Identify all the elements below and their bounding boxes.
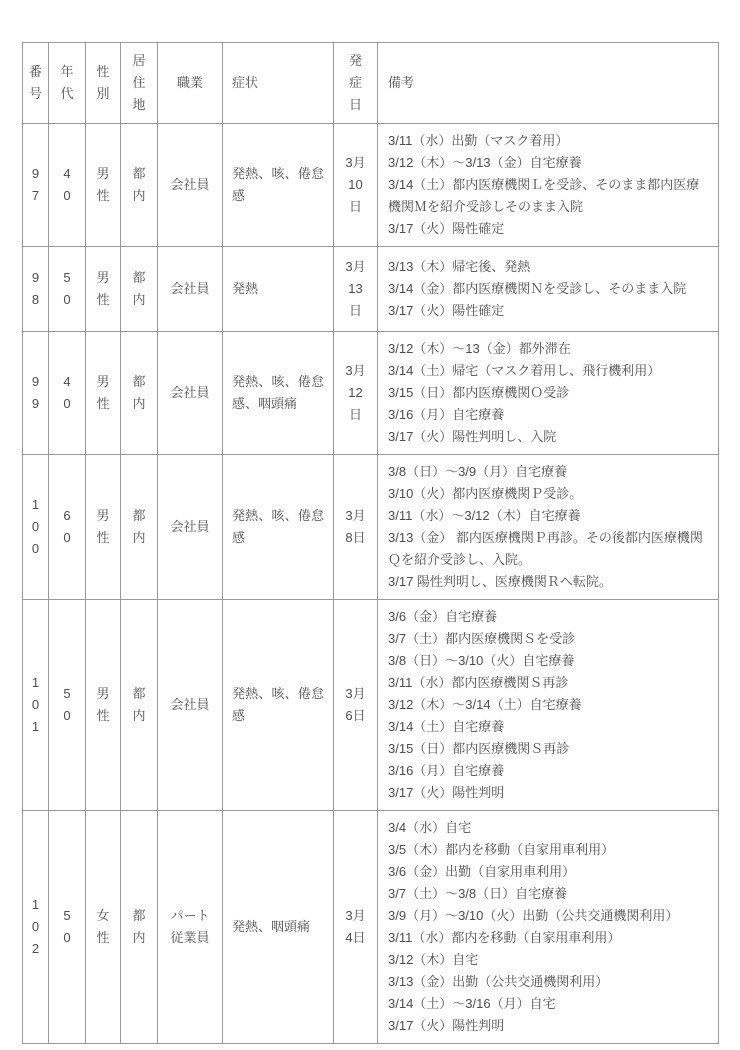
cell-gender: 男性	[86, 247, 121, 332]
cell-age: 40	[49, 124, 86, 247]
cell-onset-date: 3月12日	[334, 332, 378, 455]
cell-remarks: 3/13（木）帰宅後、発熱 3/14（金）都内医療機関Ｎを受診し、そのまま入院 …	[378, 247, 719, 332]
cell-age: 50	[49, 247, 86, 332]
cell-age: 40	[49, 332, 86, 455]
table-row: 102 50 女性 都内 パート従業員 発熱、咽頭痛 3月4日 3/4（水）自宅…	[23, 811, 719, 1044]
table-row: 98 50 男性 都内 会社員 発熱 3月13日 3/13（木）帰宅後、発熱 3…	[23, 247, 719, 332]
cell-residence: 都内	[121, 124, 158, 247]
table-row: 100 60 男性 都内 会社員 発熱、咳、倦怠感 3月8日 3/8（日）～3/…	[23, 455, 719, 600]
cell-number: 100	[23, 455, 49, 600]
cell-remarks: 3/8（日）～3/9（月）自宅療養 3/10（火）都内医療機関Ｐ受診。 3/11…	[378, 455, 719, 600]
cell-residence: 都内	[121, 332, 158, 455]
table-row: 99 40 男性 都内 会社員 発熱、咳、倦怠感、咽頭痛 3月12日 3/12（…	[23, 332, 719, 455]
cell-gender: 男性	[86, 124, 121, 247]
cell-symptoms: 発熱、咽頭痛	[223, 811, 334, 1044]
cell-onset-date: 3月10日	[334, 124, 378, 247]
col-header-gender: 性別	[86, 43, 121, 124]
cell-gender: 女性	[86, 811, 121, 1044]
cell-number: 102	[23, 811, 49, 1044]
col-header-age: 年代	[49, 43, 86, 124]
col-header-remarks: 備考	[378, 43, 719, 124]
table-row: 97 40 男性 都内 会社員 発熱、咳、倦怠感 3月10日 3/11（水）出勤…	[23, 124, 719, 247]
col-header-number: 番号	[23, 43, 49, 124]
header-row: 番号 年代 性別 居住地 職業 症状 発症日 備考	[23, 43, 719, 124]
cell-occupation: パート従業員	[158, 811, 223, 1044]
cell-symptoms: 発熱、咳、倦怠感	[223, 600, 334, 811]
cell-onset-date: 3月4日	[334, 811, 378, 1044]
cell-symptoms: 発熱、咳、倦怠感	[223, 455, 334, 600]
cell-gender: 男性	[86, 332, 121, 455]
cell-residence: 都内	[121, 811, 158, 1044]
cell-onset-date: 3月6日	[334, 600, 378, 811]
col-header-occupation: 職業	[158, 43, 223, 124]
cell-age: 60	[49, 455, 86, 600]
cell-occupation: 会社員	[158, 124, 223, 247]
cell-residence: 都内	[121, 247, 158, 332]
col-header-residence: 居住地	[121, 43, 158, 124]
cell-symptoms: 発熱	[223, 247, 334, 332]
cell-symptoms: 発熱、咳、倦怠感	[223, 124, 334, 247]
cell-symptoms: 発熱、咳、倦怠感、咽頭痛	[223, 332, 334, 455]
cell-occupation: 会社員	[158, 332, 223, 455]
cell-remarks: 3/11（水）出勤（マスク着用） 3/12（木）～3/13（金）自宅療養 3/1…	[378, 124, 719, 247]
cell-number: 101	[23, 600, 49, 811]
table-row: 101 50 男性 都内 会社員 発熱、咳、倦怠感 3月6日 3/6（金）自宅療…	[23, 600, 719, 811]
cell-number: 97	[23, 124, 49, 247]
cell-gender: 男性	[86, 600, 121, 811]
cell-remarks: 3/4（水）自宅 3/5（木）都内を移動（自家用車利用） 3/6（金）出勤（自家…	[378, 811, 719, 1044]
cell-number: 98	[23, 247, 49, 332]
cell-remarks: 3/6（金）自宅療養 3/7（土）都内医療機関Ｓを受診 3/8（日）～3/10（…	[378, 600, 719, 811]
cell-residence: 都内	[121, 600, 158, 811]
cell-occupation: 会社員	[158, 600, 223, 811]
cell-occupation: 会社員	[158, 455, 223, 600]
col-header-symptoms: 症状	[223, 43, 334, 124]
cell-occupation: 会社員	[158, 247, 223, 332]
cell-age: 50	[49, 600, 86, 811]
case-table: 番号 年代 性別 居住地 職業 症状 発症日 備考 97 40 男性 都内 会社…	[22, 42, 719, 1044]
cell-onset-date: 3月13日	[334, 247, 378, 332]
page: 番号 年代 性別 居住地 職業 症状 発症日 備考 97 40 男性 都内 会社…	[0, 0, 740, 1044]
cell-number: 99	[23, 332, 49, 455]
cell-age: 50	[49, 811, 86, 1044]
cell-onset-date: 3月8日	[334, 455, 378, 600]
cell-remarks: 3/12（木）～13（金）都外滞在 3/14（土）帰宅（マスク着用し、飛行機利用…	[378, 332, 719, 455]
cell-residence: 都内	[121, 455, 158, 600]
cell-gender: 男性	[86, 455, 121, 600]
col-header-onset-date: 発症日	[334, 43, 378, 124]
